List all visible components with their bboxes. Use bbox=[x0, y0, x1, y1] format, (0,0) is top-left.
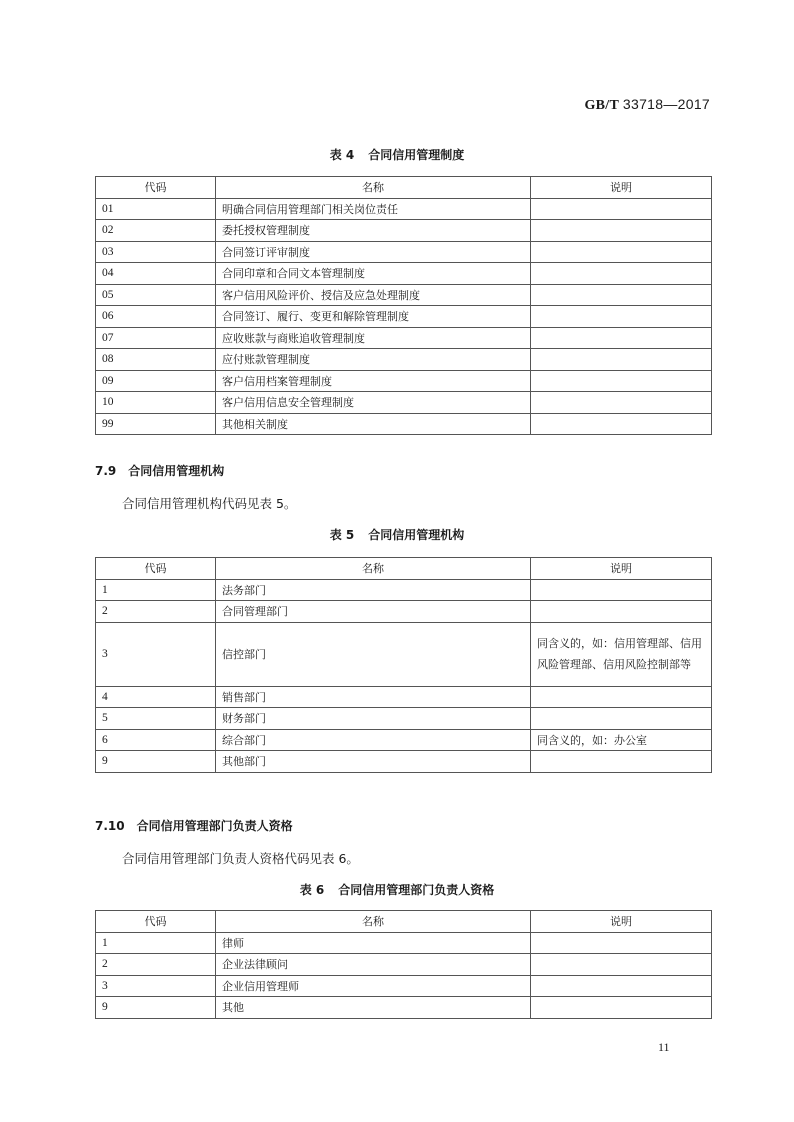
cell-note bbox=[531, 708, 712, 730]
cell-name: 企业信用管理师 bbox=[216, 975, 531, 997]
cell-name: 合同签订、履行、变更和解除管理制度 bbox=[216, 306, 531, 328]
column-header-name: 名称 bbox=[216, 558, 531, 580]
cell-code: 08 bbox=[96, 349, 216, 371]
table-row: 4销售部门 bbox=[96, 686, 712, 708]
section-number: 7.10 bbox=[95, 819, 125, 833]
table-row: 5财务部门 bbox=[96, 708, 712, 730]
cell-name: 合同印章和合同文本管理制度 bbox=[216, 263, 531, 285]
cell-note bbox=[531, 601, 712, 623]
cell-code: 4 bbox=[96, 686, 216, 708]
cell-name: 销售部门 bbox=[216, 686, 531, 708]
cell-code: 6 bbox=[96, 729, 216, 751]
cell-note bbox=[531, 954, 712, 976]
table-row: 08应付账款管理制度 bbox=[96, 349, 712, 371]
cell-note bbox=[531, 198, 712, 220]
table-row: 99其他相关制度 bbox=[96, 413, 712, 435]
table-row: 06合同签订、履行、变更和解除管理制度 bbox=[96, 306, 712, 328]
cell-name: 企业法律顾问 bbox=[216, 954, 531, 976]
table-row: 07应收账款与商账追收管理制度 bbox=[96, 327, 712, 349]
cell-code: 02 bbox=[96, 220, 216, 242]
cell-name: 其他相关制度 bbox=[216, 413, 531, 435]
cell-code: 3 bbox=[96, 975, 216, 997]
cell-note bbox=[531, 327, 712, 349]
column-header-note: 说明 bbox=[531, 558, 712, 580]
table-row: 09客户信用档案管理制度 bbox=[96, 370, 712, 392]
column-header-code: 代码 bbox=[96, 558, 216, 580]
cell-note bbox=[531, 751, 712, 773]
cell-code: 9 bbox=[96, 751, 216, 773]
section-title: 合同信用管理机构 bbox=[128, 464, 224, 478]
standard-code: 33718—2017 bbox=[623, 96, 710, 112]
cell-code: 1 bbox=[96, 579, 216, 601]
section-heading-7-9: 7.9合同信用管理机构 bbox=[95, 462, 224, 479]
column-header-note: 说明 bbox=[531, 177, 712, 199]
cell-code: 9 bbox=[96, 997, 216, 1019]
cell-note bbox=[531, 975, 712, 997]
cell-code: 2 bbox=[96, 601, 216, 623]
table-row: 10客户信用信息安全管理制度 bbox=[96, 392, 712, 414]
cell-name: 其他 bbox=[216, 997, 531, 1019]
cell-note bbox=[531, 413, 712, 435]
section-heading-7-10: 7.10合同信用管理部门负责人资格 bbox=[95, 817, 293, 834]
cell-name: 信控部门 bbox=[216, 622, 531, 686]
cell-code: 04 bbox=[96, 263, 216, 285]
table-row: 2合同管理部门 bbox=[96, 601, 712, 623]
cell-note bbox=[531, 392, 712, 414]
table6-caption: 表 6合同信用管理部门负责人资格 bbox=[0, 881, 794, 898]
table4: 代码 名称 说明 01明确合同信用管理部门相关岗位责任 02委托授权管理制度 0… bbox=[95, 176, 712, 435]
cell-code: 01 bbox=[96, 198, 216, 220]
cell-note bbox=[531, 370, 712, 392]
column-header-code: 代码 bbox=[96, 177, 216, 199]
table6-title: 合同信用管理部门负责人资格 bbox=[338, 883, 494, 897]
section-number: 7.9 bbox=[95, 464, 116, 478]
cell-code: 99 bbox=[96, 413, 216, 435]
table6: 代码 名称 说明 1律师 2企业法律顾问 3企业信用管理师 9其他 bbox=[95, 910, 712, 1019]
section-7-10-paragraph: 合同信用管理部门负责人资格代码见表 6。 bbox=[122, 849, 359, 867]
table-row: 9其他部门 bbox=[96, 751, 712, 773]
cell-name: 客户信用风险评价、授信及应急处理制度 bbox=[216, 284, 531, 306]
table-row: 02委托授权管理制度 bbox=[96, 220, 712, 242]
cell-code: 2 bbox=[96, 954, 216, 976]
column-header-code: 代码 bbox=[96, 911, 216, 933]
cell-name: 合同签订评审制度 bbox=[216, 241, 531, 263]
table-header-row: 代码 名称 说明 bbox=[96, 177, 712, 199]
cell-code: 03 bbox=[96, 241, 216, 263]
table4-caption: 表 4合同信用管理制度 bbox=[0, 146, 794, 163]
table-row: 01明确合同信用管理部门相关岗位责任 bbox=[96, 198, 712, 220]
cell-note bbox=[531, 220, 712, 242]
section-title: 合同信用管理部门负责人资格 bbox=[137, 819, 293, 833]
table-row: 3企业信用管理师 bbox=[96, 975, 712, 997]
cell-name: 财务部门 bbox=[216, 708, 531, 730]
page-number: 11 bbox=[658, 1040, 670, 1055]
table-row: 2企业法律顾问 bbox=[96, 954, 712, 976]
column-header-note: 说明 bbox=[531, 911, 712, 933]
cell-note bbox=[531, 997, 712, 1019]
cell-note bbox=[531, 349, 712, 371]
column-header-name: 名称 bbox=[216, 177, 531, 199]
cell-name: 应付账款管理制度 bbox=[216, 349, 531, 371]
standard-prefix: GB/T bbox=[584, 98, 619, 113]
cell-code: 05 bbox=[96, 284, 216, 306]
cell-name: 其他部门 bbox=[216, 751, 531, 773]
column-header-name: 名称 bbox=[216, 911, 531, 933]
table5-caption: 表 5合同信用管理机构 bbox=[0, 526, 794, 543]
cell-name: 客户信用信息安全管理制度 bbox=[216, 392, 531, 414]
table-header-row: 代码 名称 说明 bbox=[96, 911, 712, 933]
cell-name: 委托授权管理制度 bbox=[216, 220, 531, 242]
table-header-row: 代码 名称 说明 bbox=[96, 558, 712, 580]
cell-note bbox=[531, 686, 712, 708]
cell-name: 明确合同信用管理部门相关岗位责任 bbox=[216, 198, 531, 220]
cell-code: 3 bbox=[96, 622, 216, 686]
cell-note: 同含义的，如：办公室 bbox=[531, 729, 712, 751]
table4-title: 合同信用管理制度 bbox=[368, 148, 464, 162]
standard-number: GB/T 33718—2017 bbox=[584, 96, 710, 114]
table5: 代码 名称 说明 1法务部门 2合同管理部门 3信控部门同含义的，如：信用管理部… bbox=[95, 557, 712, 773]
cell-name: 客户信用档案管理制度 bbox=[216, 370, 531, 392]
cell-note bbox=[531, 263, 712, 285]
cell-name: 应收账款与商账追收管理制度 bbox=[216, 327, 531, 349]
cell-code: 10 bbox=[96, 392, 216, 414]
table5-label: 表 5 bbox=[330, 528, 355, 542]
table-row: 04合同印章和合同文本管理制度 bbox=[96, 263, 712, 285]
cell-note bbox=[531, 241, 712, 263]
table-row: 03合同签订评审制度 bbox=[96, 241, 712, 263]
cell-note bbox=[531, 284, 712, 306]
table5-title: 合同信用管理机构 bbox=[368, 528, 464, 542]
section-7-9-paragraph: 合同信用管理机构代码见表 5。 bbox=[122, 494, 296, 512]
cell-note bbox=[531, 306, 712, 328]
table4-label: 表 4 bbox=[330, 148, 355, 162]
table-row: 3信控部门同含义的，如：信用管理部、信用风险管理部、信用风险控制部等 bbox=[96, 622, 712, 686]
cell-name: 综合部门 bbox=[216, 729, 531, 751]
cell-name: 律师 bbox=[216, 932, 531, 954]
table6-label: 表 6 bbox=[300, 883, 325, 897]
table-row: 1法务部门 bbox=[96, 579, 712, 601]
table-row: 6综合部门同含义的，如：办公室 bbox=[96, 729, 712, 751]
cell-code: 06 bbox=[96, 306, 216, 328]
cell-code: 5 bbox=[96, 708, 216, 730]
table-row: 1律师 bbox=[96, 932, 712, 954]
table-row: 9其他 bbox=[96, 997, 712, 1019]
cell-note bbox=[531, 932, 712, 954]
cell-code: 09 bbox=[96, 370, 216, 392]
cell-code: 1 bbox=[96, 932, 216, 954]
cell-note bbox=[531, 579, 712, 601]
cell-code: 07 bbox=[96, 327, 216, 349]
cell-name: 合同管理部门 bbox=[216, 601, 531, 623]
table-row: 05客户信用风险评价、授信及应急处理制度 bbox=[96, 284, 712, 306]
cell-note: 同含义的，如：信用管理部、信用风险管理部、信用风险控制部等 bbox=[531, 622, 712, 686]
cell-name: 法务部门 bbox=[216, 579, 531, 601]
